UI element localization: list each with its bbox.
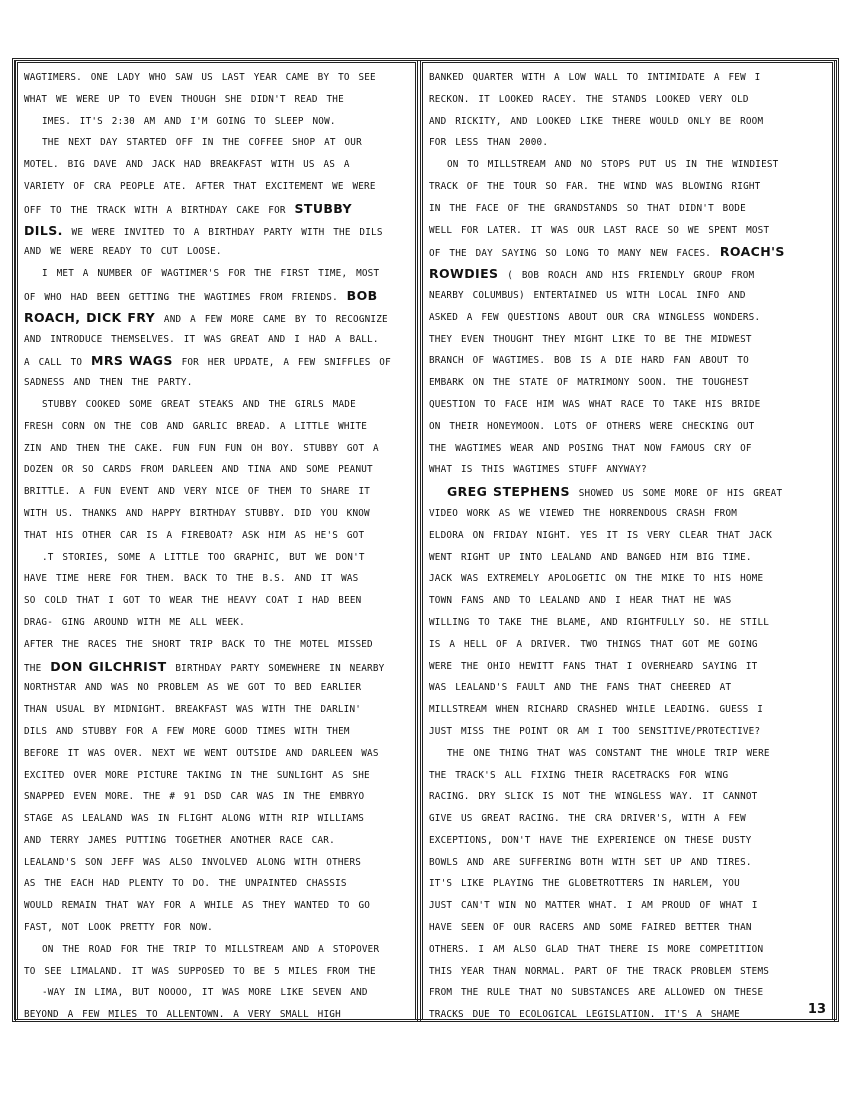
text-line: DILS. WE WERE INVITED TO A BIRTHDAY PART… bbox=[24, 220, 410, 242]
line-text: AND INTRODUCE THEMSELVES. IT WAS GREAT A… bbox=[24, 334, 379, 345]
line-text: RECKON. IT LOOKED RACEY. THE STANDS LOOK… bbox=[429, 94, 749, 105]
text-line: JUST MISS THE POINT OR AM I TOO SENSITIV… bbox=[429, 721, 827, 743]
text-line: ASKED A FEW QUESTIONS ABOUT OUR CRA WING… bbox=[429, 307, 827, 329]
line-text: .T STORIES, SOME A LITTLE TOO GRAPHIC, B… bbox=[42, 552, 365, 563]
text-line: SO COLD THAT I GOT TO WEAR THE HEAVY COA… bbox=[24, 590, 410, 612]
line-text: WELL FOR LATER. IT WAS OUR LAST RACE SO … bbox=[429, 225, 769, 236]
text-line: VARIETY OF CRA PEOPLE ATE. AFTER THAT EX… bbox=[24, 176, 410, 198]
line-text: BRITTLE. A FUN EVENT AND VERY NICE OF TH… bbox=[24, 486, 370, 497]
text-line: ROACH, DICK FRY AND A FEW MORE CAME BY T… bbox=[24, 307, 410, 329]
line-text: EXCITED OVER MORE PICTURE TAKING IN THE … bbox=[24, 770, 370, 781]
line-text: WERE THE OHIO HEWITT FANS THAT I OVERHEA… bbox=[429, 661, 757, 672]
text-line: EMBARK ON THE STATE OF MATRIMONY SOON. T… bbox=[429, 372, 827, 394]
text-line: THE ONE THING THAT WAS CONSTANT THE WHOL… bbox=[429, 743, 827, 765]
line-text: BIRTHDAY PARTY SOMEWHERE IN NEARBY bbox=[167, 663, 385, 674]
line-text: TOWN FANS AND TO LEALAND AND I HEAR THAT… bbox=[429, 595, 731, 606]
line-text: HAVE TIME HERE FOR THEM. BACK TO THE B.S… bbox=[24, 573, 358, 584]
line-text: DILS AND STUBBY FOR A FEW MORE GOOD TIME… bbox=[24, 726, 350, 737]
text-line: BANKED QUARTER WITH A LOW WALL TO INTIMI… bbox=[429, 67, 827, 89]
text-line: OF THE DAY SAYING SO LONG TO MANY NEW FA… bbox=[429, 241, 827, 263]
text-line: I MET A NUMBER OF WAGTIMER'S FOR THE FIR… bbox=[24, 263, 410, 285]
highlighted-name: ROACH'S bbox=[720, 244, 785, 259]
text-line: WERE THE OHIO HEWITT FANS THAT I OVERHEA… bbox=[429, 656, 827, 678]
text-line: LEALAND'S SON JEFF WAS ALSO INVOLVED ALO… bbox=[24, 852, 410, 874]
text-line: BEYOND A FEW MILES TO ALLENTOWN. A VERY … bbox=[24, 1004, 410, 1026]
text-line: AND INTRODUCE THEMSELVES. IT WAS GREAT A… bbox=[24, 329, 410, 351]
text-line: TO SEE LIMALAND. IT WAS SUPPOSED TO BE 5… bbox=[24, 961, 410, 983]
line-text: EMBARK ON THE STATE OF MATRIMONY SOON. T… bbox=[429, 377, 749, 388]
line-text: VIDEO WORK AS WE VIEWED THE HORRENDOUS C… bbox=[429, 508, 737, 519]
line-text: SHOWED US SOME MORE OF HIS GREAT bbox=[570, 488, 782, 499]
text-line: THIS YEAR THAN NORMAL. PART OF THE TRACK… bbox=[429, 961, 827, 983]
text-line: THE DON GILCHRIST BIRTHDAY PARTY SOMEWHE… bbox=[24, 656, 410, 678]
text-line: TOWN FANS AND TO LEALAND AND I HEAR THAT… bbox=[429, 590, 827, 612]
line-text: WILLING TO TAKE THE BLAME, AND RIGHTFULL… bbox=[429, 617, 769, 628]
line-text: ON TO MILLSTREAM AND NO STOPS PUT US IN … bbox=[447, 159, 778, 170]
line-text: DRAG- GING AROUND WITH ME ALL WEEK. bbox=[24, 617, 245, 628]
text-line: EXCITED OVER MORE PICTURE TAKING IN THE … bbox=[24, 765, 410, 787]
line-text: ZIN AND THEN THE CAKE. FUN FUN FUN OH BO… bbox=[24, 443, 379, 454]
line-text: FRESH CORN ON THE COB AND GARLIC BREAD. … bbox=[24, 421, 367, 432]
highlighted-name: MRS WAGS bbox=[91, 353, 173, 368]
text-line: WENT RIGHT UP INTO LEALAND AND BANGED HI… bbox=[429, 547, 827, 569]
text-line: GREG STEPHENS SHOWED US SOME MORE OF HIS… bbox=[429, 481, 827, 503]
text-line: AFTER THE RACES THE SHORT TRIP BACK TO T… bbox=[24, 634, 410, 656]
line-text: AND RICKITY, AND LOOKED LIKE THERE WOULD… bbox=[429, 116, 763, 127]
line-text: STUBBY COOKED SOME GREAT STEAKS AND THE … bbox=[42, 399, 356, 410]
line-text: TO SEE LIMALAND. IT WAS SUPPOSED TO BE 5… bbox=[24, 966, 376, 977]
line-text: THAT HIS OTHER CAR IS A FIREBOAT? ASK HI… bbox=[24, 530, 364, 541]
text-line: ELDORA ON FRIDAY NIGHT. YES IT IS VERY C… bbox=[429, 525, 827, 547]
text-line: FRESH CORN ON THE COB AND GARLIC BREAD. … bbox=[24, 416, 410, 438]
line-text: WAGTIMERS. ONE LADY WHO SAW US LAST YEAR… bbox=[24, 72, 376, 83]
line-text: IN THE FACE OF THE GRANDSTANDS SO THAT D… bbox=[429, 203, 746, 214]
line-text: BOWLS AND ARE SUFFERING BOTH WITH SET UP… bbox=[429, 857, 752, 868]
text-line: OF WHO HAD BEEN GETTING THE WAGTIMES FRO… bbox=[24, 285, 410, 307]
text-line: BRITTLE. A FUN EVENT AND VERY NICE OF TH… bbox=[24, 481, 410, 503]
line-text: THE NEXT DAY STARTED OFF IN THE COFFEE S… bbox=[42, 137, 362, 148]
line-text: BEYOND A FEW MILES TO ALLENTOWN. A VERY … bbox=[24, 1009, 341, 1020]
text-line: MILLSTREAM WHEN RICHARD CRASHED WHILE LE… bbox=[429, 699, 827, 721]
text-line: WHAT IS THIS WAGTIMES STUFF ANYWAY? bbox=[429, 459, 827, 481]
text-line: BRANCH OF WAGTIMES. BOB IS A DIE HARD FA… bbox=[429, 350, 827, 372]
line-text: WOULD REMAIN THAT WAY FOR A WHILE AS THE… bbox=[24, 900, 370, 911]
text-line: SADNESS AND THEN THE PARTY. bbox=[24, 372, 410, 394]
text-line: STUBBY COOKED SOME GREAT STEAKS AND THE … bbox=[24, 394, 410, 416]
text-line: THE WAGTIMES WEAR AND POSING THAT NOW FA… bbox=[429, 438, 827, 460]
line-text: BRANCH OF WAGTIMES. BOB IS A DIE HARD FA… bbox=[429, 355, 749, 366]
page-number: 13 bbox=[808, 1002, 826, 1017]
text-line: OTHERS. I AM ALSO GLAD THAT THERE IS MOR… bbox=[429, 939, 827, 961]
text-line: OFF TO THE TRACK WITH A BIRTHDAY CAKE FO… bbox=[24, 198, 410, 220]
text-line: NEARBY COLUMBUS) ENTERTAINED US WITH LOC… bbox=[429, 285, 827, 307]
text-line: ON TO MILLSTREAM AND NO STOPS PUT US IN … bbox=[429, 154, 827, 176]
line-text: WHAT WE WERE UP TO EVEN THOUGH SHE DIDN'… bbox=[24, 94, 344, 105]
text-line: THE TRACK'S ALL FIXING THEIR RACETRACKS … bbox=[429, 765, 827, 787]
line-text: -WAY IN LIMA, BUT NOOOO, IT WAS MORE LIK… bbox=[42, 987, 368, 998]
text-line: WILLING TO TAKE THE BLAME, AND RIGHTFULL… bbox=[429, 612, 827, 634]
line-text: NORTHSTAR AND WAS NO PROBLEM AS WE GOT T… bbox=[24, 682, 361, 693]
line-text: GIVE US GREAT RACING. THE CRA DRIVER'S, … bbox=[429, 813, 746, 824]
text-line: SNAPPED EVEN MORE. THE # 91 DSD CAR WAS … bbox=[24, 786, 410, 808]
text-line: JACK WAS EXTREMELY APOLOGETIC ON THE MIK… bbox=[429, 568, 827, 590]
text-line: DRAG- GING AROUND WITH ME ALL WEEK. bbox=[24, 612, 410, 634]
line-text: WENT RIGHT UP INTO LEALAND AND BANGED HI… bbox=[429, 552, 752, 563]
line-text: I MET A NUMBER OF WAGTIMER'S FOR THE FIR… bbox=[42, 268, 379, 279]
text-line: A CALL TO MRS WAGS FOR HER UPDATE, A FEW… bbox=[24, 350, 410, 372]
text-line: RECKON. IT LOOKED RACEY. THE STANDS LOOK… bbox=[429, 89, 827, 111]
highlighted-name: DILS. bbox=[24, 223, 63, 238]
line-text: WHAT IS THIS WAGTIMES STUFF ANYWAY? bbox=[429, 464, 647, 475]
line-text: AS THE EACH HAD PLENTY TO DO. THE UNPAIN… bbox=[24, 878, 347, 889]
text-line: TRACK OF THE TOUR SO FAR. THE WIND WAS B… bbox=[429, 176, 827, 198]
highlighted-name: STUBBY bbox=[294, 201, 352, 216]
line-text: SNAPPED EVEN MORE. THE # 91 DSD CAR WAS … bbox=[24, 791, 364, 802]
text-line: THEY EVEN THOUGHT THEY MIGHT LIKE TO BE … bbox=[429, 329, 827, 351]
text-line: IS A HELL OF A DRIVER. TWO THINGS THAT G… bbox=[429, 634, 827, 656]
text-line: AS THE EACH HAD PLENTY TO DO. THE UNPAIN… bbox=[24, 873, 410, 895]
line-text: FOR HER UPDATE, A FEW SNIFFLES OF bbox=[173, 357, 391, 368]
text-line: AND WE WERE READY TO CUT LOOSE. bbox=[24, 241, 410, 263]
line-text: TRACK OF THE TOUR SO FAR. THE WIND WAS B… bbox=[429, 181, 760, 192]
text-line: THAT HIS OTHER CAR IS A FIREBOAT? ASK HI… bbox=[24, 525, 410, 547]
line-text: THE ONE THING THAT WAS CONSTANT THE WHOL… bbox=[447, 748, 770, 759]
line-text: FOR LESS THAN 2000. bbox=[429, 137, 548, 148]
line-text: NEARBY COLUMBUS) ENTERTAINED US WITH LOC… bbox=[429, 290, 746, 301]
line-text: VARIETY OF CRA PEOPLE ATE. AFTER THAT EX… bbox=[24, 181, 376, 192]
text-line: DILS AND STUBBY FOR A FEW MORE GOOD TIME… bbox=[24, 721, 410, 743]
line-text: JUST MISS THE POINT OR AM I TOO SENSITIV… bbox=[429, 726, 760, 737]
line-text: ASKED A FEW QUESTIONS ABOUT OUR CRA WING… bbox=[429, 312, 760, 323]
text-line: .T STORIES, SOME A LITTLE TOO GRAPHIC, B… bbox=[24, 547, 410, 569]
text-line: STAGE AS LEALAND WAS IN FLIGHT ALONG WIT… bbox=[24, 808, 410, 830]
line-text: FROM THE RULE THAT NO SUBSTANCES ARE ALL… bbox=[429, 987, 763, 998]
line-text: JACK WAS EXTREMELY APOLOGETIC ON THE MIK… bbox=[429, 573, 763, 584]
line-text: BEFORE IT WAS OVER. NEXT WE WENT OUTSIDE… bbox=[24, 748, 379, 759]
text-line: ON THEIR HONEYMOON. LOTS OF OTHERS WERE … bbox=[429, 416, 827, 438]
highlighted-name: ROACH, DICK FRY bbox=[24, 310, 155, 325]
line-text: A CALL TO bbox=[24, 357, 91, 368]
text-line: WAGTIMERS. ONE LADY WHO SAW US LAST YEAR… bbox=[24, 67, 410, 89]
highlighted-name: BOB bbox=[347, 288, 378, 303]
highlighted-name: ROWDIES bbox=[429, 266, 498, 281]
text-line: IT'S LIKE PLAYING THE GLOBETROTTERS IN H… bbox=[429, 873, 827, 895]
line-text: WITH US. THANKS AND HAPPY BIRTHDAY STUBB… bbox=[24, 508, 370, 519]
line-text: THAN USUAL BY MIDNIGHT. BREAKFAST WAS WI… bbox=[24, 704, 361, 715]
line-text: THIS YEAR THAN NORMAL. PART OF THE TRACK… bbox=[429, 966, 769, 977]
right-column: BANKED QUARTER WITH A LOW WALL TO INTIMI… bbox=[420, 60, 835, 1022]
text-line: IMES. IT'S 2:30 AM AND I'M GOING TO SLEE… bbox=[24, 111, 410, 133]
text-line: WELL FOR LATER. IT WAS OUR LAST RACE SO … bbox=[429, 220, 827, 242]
line-text: OF THE DAY SAYING SO LONG TO MANY NEW FA… bbox=[429, 248, 720, 259]
text-line: FAST, NOT LOOK PRETTY FOR NOW. bbox=[24, 917, 410, 939]
line-text: WAS LEALAND'S FAULT AND THE FANS THAT CH… bbox=[429, 682, 731, 693]
line-text: MOTEL. BIG DAVE AND JACK HAD BREAKFAST W… bbox=[24, 159, 350, 170]
text-line: WHAT WE WERE UP TO EVEN THOUGH SHE DIDN'… bbox=[24, 89, 410, 111]
line-text: THE bbox=[24, 663, 50, 674]
text-line: HAVE SEEN OF OUR RACERS AND SOME FAIRED … bbox=[429, 917, 827, 939]
line-text: IMES. IT'S 2:30 AM AND I'M GOING TO SLEE… bbox=[42, 116, 336, 127]
line-text: AND A FEW MORE CAME BY TO RECOGNIZE bbox=[155, 314, 388, 325]
line-text: QUESTION TO FACE HIM WAS WHAT RACE TO TA… bbox=[429, 399, 760, 410]
line-text: IT'S LIKE PLAYING THE GLOBETROTTERS IN H… bbox=[429, 878, 740, 889]
text-line: BOWLS AND ARE SUFFERING BOTH WITH SET UP… bbox=[429, 852, 827, 874]
left-column: WAGTIMERS. ONE LADY WHO SAW US LAST YEAR… bbox=[15, 60, 418, 1022]
line-text: RACING. DRY SLICK IS NOT THE WINGLESS WA… bbox=[429, 791, 757, 802]
text-line: DOZEN OR SO CARDS FROM DARLEEN AND TINA … bbox=[24, 459, 410, 481]
line-text: EXCEPTIONS, DON'T HAVE THE EXPERIENCE ON… bbox=[429, 835, 751, 846]
line-text: AND WE WERE READY TO CUT LOOSE. bbox=[24, 246, 222, 257]
line-text: AND TERRY JAMES PUTTING TOGETHER ANOTHER… bbox=[24, 835, 335, 846]
line-text: MILLSTREAM WHEN RICHARD CRASHED WHILE LE… bbox=[429, 704, 763, 715]
text-line: VIDEO WORK AS WE VIEWED THE HORRENDOUS C… bbox=[429, 503, 827, 525]
text-line: RACING. DRY SLICK IS NOT THE WINGLESS WA… bbox=[429, 786, 827, 808]
text-line: THAN USUAL BY MIDNIGHT. BREAKFAST WAS WI… bbox=[24, 699, 410, 721]
line-text: THE WAGTIMES WEAR AND POSING THAT NOW FA… bbox=[429, 443, 752, 454]
text-line: MOTEL. BIG DAVE AND JACK HAD BREAKFAST W… bbox=[24, 154, 410, 176]
text-line: WAS LEALAND'S FAULT AND THE FANS THAT CH… bbox=[429, 677, 827, 699]
text-line: QUESTION TO FACE HIM WAS WHAT RACE TO TA… bbox=[429, 394, 827, 416]
text-line: GIVE US GREAT RACING. THE CRA DRIVER'S, … bbox=[429, 808, 827, 830]
text-line: WITH US. THANKS AND HAPPY BIRTHDAY STUBB… bbox=[24, 503, 410, 525]
line-text: IS A HELL OF A DRIVER. TWO THINGS THAT G… bbox=[429, 639, 758, 650]
text-line: JUST CAN'T WIN NO MATTER WHAT. I AM PROU… bbox=[429, 895, 827, 917]
line-text: ON THE ROAD FOR THE TRIP TO MILLSTREAM A… bbox=[42, 944, 379, 955]
text-line: EXCEPTIONS, DON'T HAVE THE EXPERIENCE ON… bbox=[429, 830, 827, 852]
line-text: AFTER THE RACES THE SHORT TRIP BACK TO T… bbox=[24, 639, 373, 650]
text-line: AND TERRY JAMES PUTTING TOGETHER ANOTHER… bbox=[24, 830, 410, 852]
line-text: ( BOB ROACH AND HIS FRIENDLY GROUP FROM bbox=[498, 270, 754, 281]
line-text: SADNESS AND THEN THE PARTY. bbox=[24, 377, 193, 388]
line-text: HAVE SEEN OF OUR RACERS AND SOME FAIRED … bbox=[429, 922, 752, 933]
text-line: FOR LESS THAN 2000. bbox=[429, 132, 827, 154]
text-line: HAVE TIME HERE FOR THEM. BACK TO THE B.S… bbox=[24, 568, 410, 590]
line-text: FAST, NOT LOOK PRETTY FOR NOW. bbox=[24, 922, 213, 933]
line-text: OF WHO HAD BEEN GETTING THE WAGTIMES FRO… bbox=[24, 292, 347, 303]
line-text: BANKED QUARTER WITH A LOW WALL TO INTIMI… bbox=[429, 72, 760, 83]
text-line: -WAY IN LIMA, BUT NOOOO, IT WAS MORE LIK… bbox=[24, 982, 410, 1004]
text-line: ON THE ROAD FOR THE TRIP TO MILLSTREAM A… bbox=[24, 939, 410, 961]
text-line: THE NEXT DAY STARTED OFF IN THE COFFEE S… bbox=[24, 132, 410, 154]
line-text: TRACKS DUE TO ECOLOGICAL LEGISLATION. IT… bbox=[429, 1009, 740, 1020]
text-line: NORTHSTAR AND WAS NO PROBLEM AS WE GOT T… bbox=[24, 677, 410, 699]
line-text: STAGE AS LEALAND WAS IN FLIGHT ALONG WIT… bbox=[24, 813, 364, 824]
line-text: JUST CAN'T WIN NO MATTER WHAT. I AM PROU… bbox=[429, 900, 758, 911]
text-line: WOULD REMAIN THAT WAY FOR A WHILE AS THE… bbox=[24, 895, 410, 917]
line-text: OTHERS. I AM ALSO GLAD THAT THERE IS MOR… bbox=[429, 944, 763, 955]
highlighted-name: GREG STEPHENS bbox=[447, 484, 570, 499]
line-text: ELDORA ON FRIDAY NIGHT. YES IT IS VERY C… bbox=[429, 530, 772, 541]
highlighted-name: DON GILCHRIST bbox=[50, 659, 166, 674]
line-text: THEY EVEN THOUGHT THEY MIGHT LIKE TO BE … bbox=[429, 334, 752, 345]
text-line: IN THE FACE OF THE GRANDSTANDS SO THAT D… bbox=[429, 198, 827, 220]
text-line: AND RICKITY, AND LOOKED LIKE THERE WOULD… bbox=[429, 111, 827, 133]
line-text: OFF TO THE TRACK WITH A BIRTHDAY CAKE FO… bbox=[24, 205, 294, 216]
text-line: ZIN AND THEN THE CAKE. FUN FUN FUN OH BO… bbox=[24, 438, 410, 460]
line-text: ON THEIR HONEYMOON. LOTS OF OTHERS WERE … bbox=[429, 421, 754, 432]
line-text: WE WERE INVITED TO A BIRTHDAY PARTY WITH… bbox=[63, 227, 383, 238]
text-line: ROWDIES ( BOB ROACH AND HIS FRIENDLY GRO… bbox=[429, 263, 827, 285]
line-text: LEALAND'S SON JEFF WAS ALSO INVOLVED ALO… bbox=[24, 857, 361, 868]
text-line: FROM THE RULE THAT NO SUBSTANCES ARE ALL… bbox=[429, 982, 827, 1004]
text-line: TRACKS DUE TO ECOLOGICAL LEGISLATION. IT… bbox=[429, 1004, 827, 1026]
line-text: SO COLD THAT I GOT TO WEAR THE HEAVY COA… bbox=[24, 595, 361, 606]
text-line: BEFORE IT WAS OVER. NEXT WE WENT OUTSIDE… bbox=[24, 743, 410, 765]
line-text: THE TRACK'S ALL FIXING THEIR RACETRACKS … bbox=[429, 770, 728, 781]
line-text: DOZEN OR SO CARDS FROM DARLEEN AND TINA … bbox=[24, 464, 373, 475]
